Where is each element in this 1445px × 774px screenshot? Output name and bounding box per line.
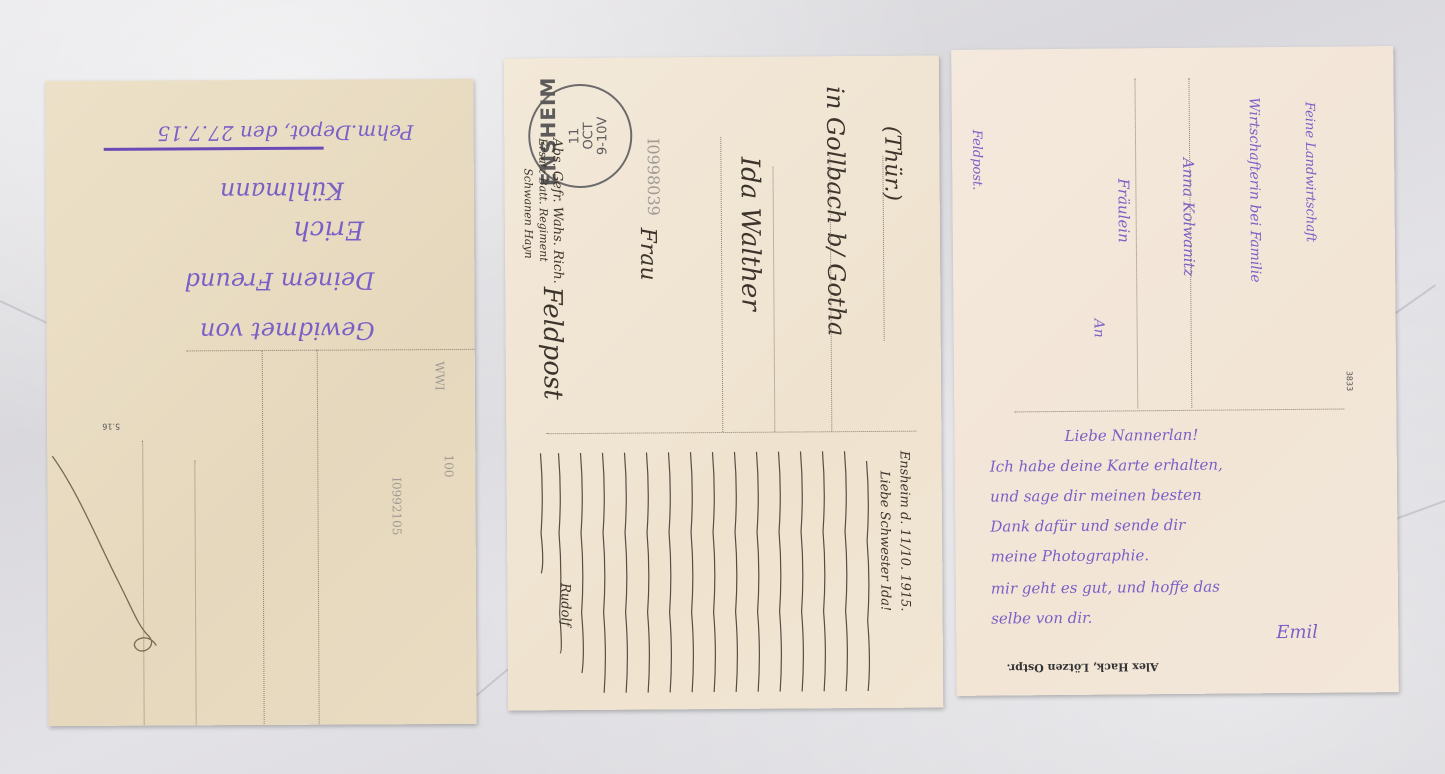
message-line: und sage dir meinen besten <box>990 486 1202 506</box>
message-divider <box>546 431 916 435</box>
message-divider <box>1014 409 1344 413</box>
handwriting-lines <box>526 441 928 704</box>
pencil-id: I0992105 <box>389 477 403 535</box>
pencil-note: WWI <box>432 361 446 390</box>
signature: Emil <box>1276 622 1318 643</box>
sender-line: Schwanen Hayn <box>521 168 535 258</box>
message-greeting: Liebe Nannerlan! <box>1064 426 1198 445</box>
message-line: Dank dafür und sende dir <box>990 516 1185 536</box>
message-line: Erich <box>293 214 364 244</box>
ink-underline <box>104 147 324 151</box>
message-line: Deinem Freund <box>185 266 375 295</box>
message-body: Ensheim d. 11/10. 1915. Liebe Schwester … <box>526 441 928 704</box>
header-line: Pehm.Depot, den 27.7.15 <box>157 120 413 145</box>
address-line <box>772 167 775 432</box>
address-line: Wirtschafterin bei Familie <box>1246 97 1264 282</box>
message-closing: Rudolf <box>557 583 572 626</box>
address-line <box>720 137 723 432</box>
address-line <box>1134 78 1138 408</box>
address-line: An <box>1091 319 1107 338</box>
sender-line: Ersatz Batt. Regiment <box>536 138 550 262</box>
address-line: in Gollbach b/ Gotha <box>821 86 851 336</box>
pencil-note: 100 <box>442 455 456 478</box>
postmark-date: 11 OCT 9-10V <box>568 86 611 186</box>
printed-number: 3833 <box>1345 371 1354 391</box>
message-line: meine Photographie. <box>991 546 1150 565</box>
postcard-right: Feldpost. An Fräulein Anna Kolwanitz Wir… <box>951 46 1399 696</box>
feldpost-header: Feldpost <box>537 287 568 400</box>
address-line: Fräulein <box>1114 178 1133 242</box>
message-line: Kühlmann <box>220 177 344 206</box>
postcard-center: ENSHEIM 11 OCT 9-10V I0998039 Feldpost A… <box>504 55 944 710</box>
pencil-id: I0998039 <box>644 138 664 216</box>
message-line: Gewidmet von <box>200 316 375 345</box>
signature-scribble <box>47 450 168 671</box>
address-line: Feine Landwirtschaft <box>1302 102 1318 242</box>
sender-line: Abs. Gefr. Wahs. Rich. <box>549 138 565 284</box>
message-line: Ich habe deine Karte erhalten, <box>990 456 1223 476</box>
message-line: selbe von dir. <box>991 609 1092 628</box>
postmark-time: 9-10V <box>596 86 611 186</box>
message-line: mir geht es gut, und hoffe das <box>991 578 1220 598</box>
publisher-imprint: Alex Hack, Lötzen Ostpr. <box>1007 660 1159 674</box>
address-line: Frau <box>635 227 660 280</box>
address-line: Ida Walther <box>734 157 765 311</box>
corner-note: Feldpost. <box>969 130 985 191</box>
marble-vein <box>1390 500 1445 522</box>
printed-number: 5.16 <box>102 422 120 431</box>
postcard-left: Pehm.Depot, den 27.7.15 Gewidmet von Dei… <box>45 79 476 726</box>
